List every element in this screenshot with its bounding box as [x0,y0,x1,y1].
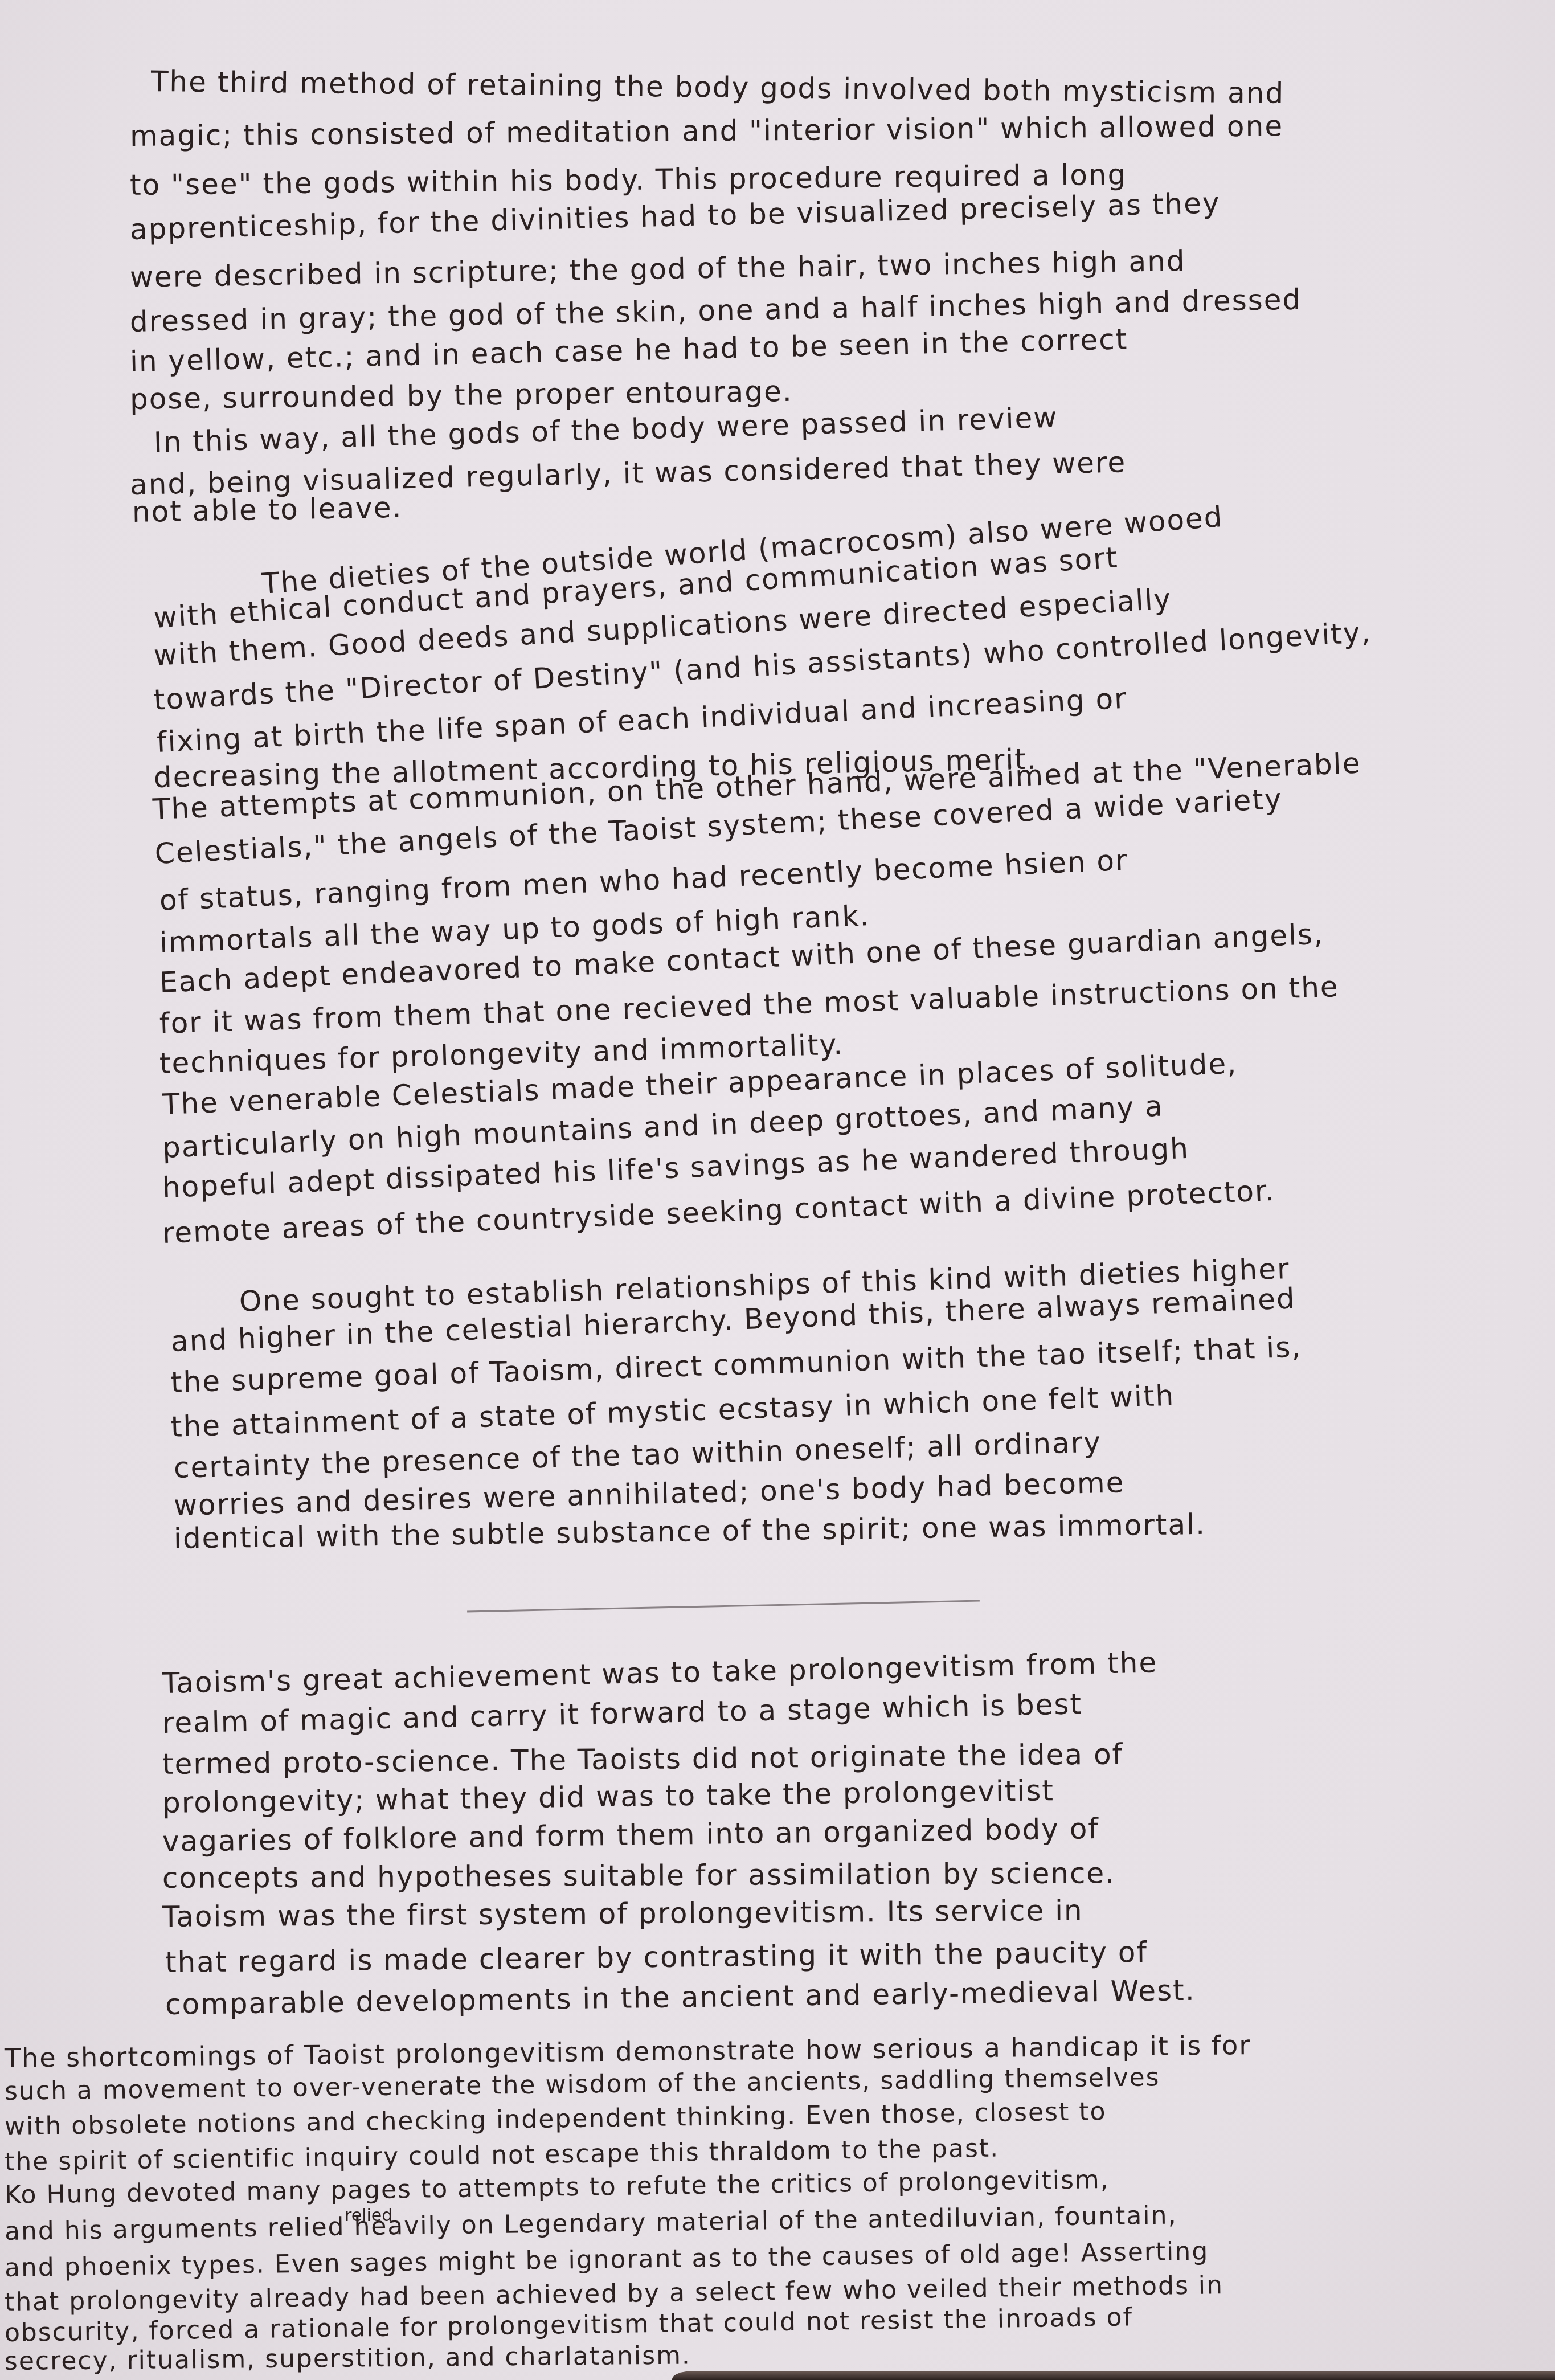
manuscript-page: The third method of retaining the body g… [0,0,1555,2380]
text-line: prolongevity; what they did was to take … [162,1776,1055,1817]
text-line: concepts and hypotheses suitable for ass… [162,1859,1115,1892]
text-line: vagaries of folklore and form them into … [162,1814,1100,1856]
text-line: comparable developments in the ancient a… [165,1976,1196,2019]
interlinear-insertion: relied [345,2206,392,2226]
text-line: secrecy, ritualism, superstition, and ch… [5,2343,691,2374]
text-line: The third method of retaining the body g… [151,67,1285,108]
text-line: were described in scripture; the god of … [130,247,1186,292]
section-divider [467,1600,980,1613]
text-line: termed proto-science. The Taoists did no… [162,1740,1124,1778]
page-bottom-edge [672,2371,1555,2380]
text-line: and his arguments relied heavily on Lege… [5,2203,1177,2244]
text-line: with obsolete notions and checking indep… [5,2099,1107,2140]
text-line: not able to leave. [132,493,403,526]
text-line: that regard is made clearer by contrasti… [165,1938,1148,1977]
text-line: Taoism was the first system of prolongev… [162,1896,1083,1931]
text-line: pose, surrounded by the proper entourage… [130,377,793,414]
text-line: magic; this consisted of meditation and … [130,112,1283,150]
